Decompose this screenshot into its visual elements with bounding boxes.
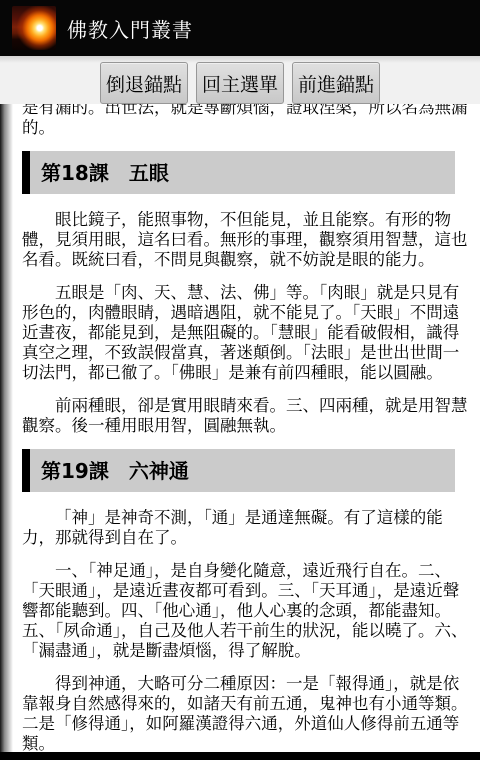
sunset-app-icon [12, 6, 56, 50]
paragraph: 得到神通，大略可分二種原因：一是「報得通」，就是依靠報身自然感得來的，如諸天有前… [22, 674, 470, 752]
lesson-text: 是有漏的。出世法，就是專斷煩惱，證取涅槃，所以名為無漏的。 第18課 五眼 眼比… [0, 104, 480, 752]
back-anchor-button[interactable]: 倒退錨點 [100, 62, 188, 104]
page-left-edge-shadow [0, 104, 13, 752]
paragraph-continuation: 是有漏的。出世法，就是專斷煩惱，證取涅槃，所以名為無漏的。 [22, 104, 470, 138]
paragraph: 五眼是「肉、天、慧、法、佛」等。「肉眼」就是只見有形色的，肉體眼睛，遇暗遇阻，就… [22, 283, 470, 383]
app-screen: 佛教入門叢書 倒退錨點 回主選單 前進錨點 是有漏的。出世法，就是專斷煩惱，證取… [0, 0, 480, 760]
paragraph: 「神」是神奇不測，「通」是通達無礙。有了這樣的能力，那就得到自在了。 [22, 508, 470, 548]
section-heading-lesson-19: 第19課 六神通 [22, 449, 455, 492]
app-title: 佛教入門叢書 [67, 14, 193, 43]
anchor-toolbar: 倒退錨點 回主選單 前進錨點 [0, 56, 480, 104]
paragraph: 一、「神足通」，是自身變化隨意，遠近飛行自在。二、「天眼通」，是遠近晝夜都可看到… [22, 561, 470, 661]
section-heading-label: 第19課 六神通 [30, 461, 189, 481]
forward-anchor-button[interactable]: 前進錨點 [292, 62, 380, 104]
main-menu-button[interactable]: 回主選單 [196, 62, 284, 104]
paragraph: 眼比鏡子，能照事物，不但能見，並且能察。有形的物體，見須用眼，這名曰看。無形的事… [22, 210, 470, 270]
reader-scroll-area[interactable]: 是有漏的。出世法，就是專斷煩惱，證取涅槃，所以名為無漏的。 第18課 五眼 眼比… [0, 104, 480, 752]
section-heading-label: 第18課 五眼 [30, 163, 169, 183]
page-bottom-bar [0, 752, 480, 760]
title-bar: 佛教入門叢書 [0, 0, 480, 56]
section-heading-lesson-18: 第18課 五眼 [22, 151, 455, 194]
paragraph: 前兩種眼，卻是實用眼睛來看。三、四兩種，就是用智慧觀察。後一種用眼用智，圓融無執… [22, 396, 470, 436]
